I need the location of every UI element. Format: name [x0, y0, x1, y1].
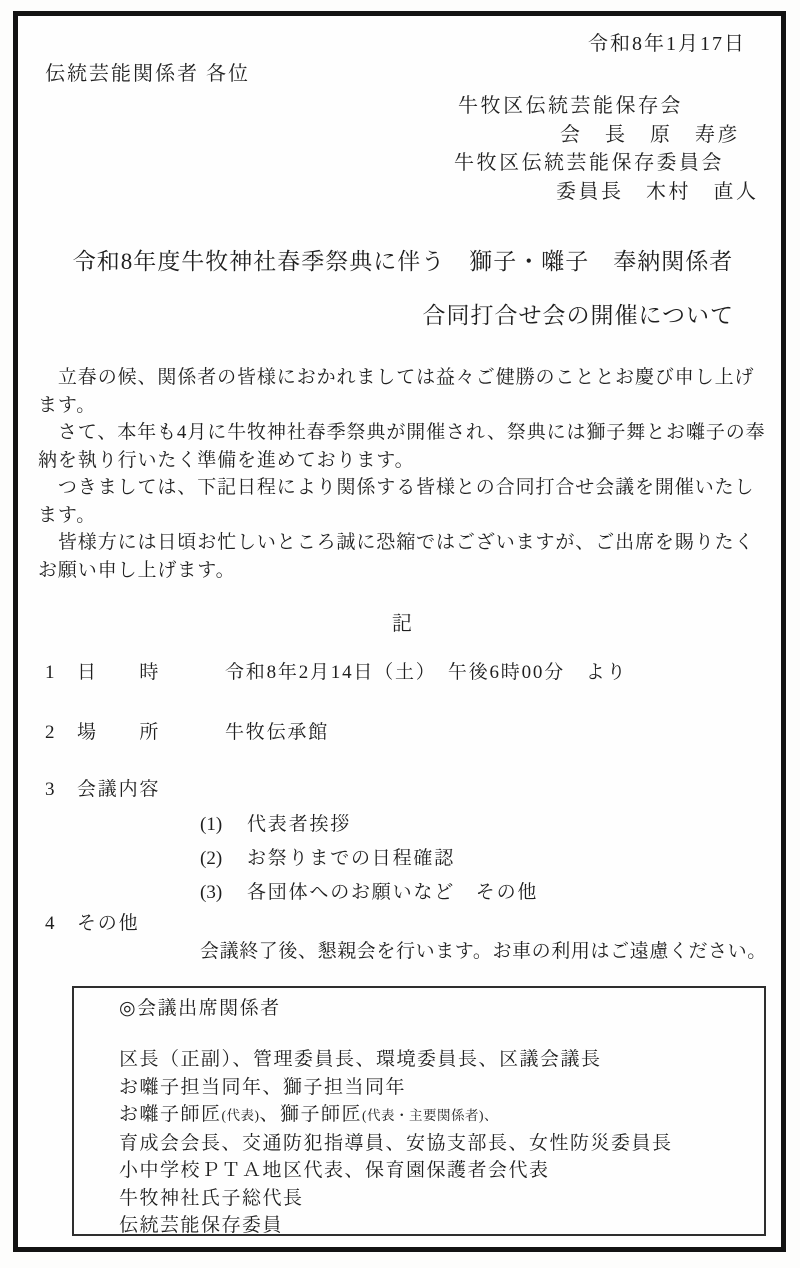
record-marker: 記 [38, 610, 768, 638]
agenda-subitem-1-number: (1) [200, 808, 247, 842]
attendees-line-community: 育成会会長、交通防犯指導員、安協支部長、女性防災委員長 [119, 1130, 754, 1158]
detail-agenda-label: 会議内容 [77, 779, 160, 800]
attendees-line-pta: 小中学校ＰＴＡ地区代表、保育園保護者会代表 [119, 1157, 754, 1185]
detail-place-number: 2 [45, 719, 77, 747]
agenda-subitem-2-text: お祭りまでの日程確認 [247, 848, 455, 869]
attendees-masters-seg1: お囃子師匠 [119, 1104, 222, 1125]
sender-org-2: 牛牧区伝統芸能保存委員会 [454, 149, 768, 178]
agenda-subitem-3: (3)各団体へのお願いなど その他 [200, 876, 768, 910]
detail-datetime: 1日 時令和8年2月14日（土） 午後6時00分 より [45, 659, 768, 687]
agenda-subitem-3-text: 各団体へのお願いなど その他 [247, 882, 538, 903]
detail-other-note: 会議終了後、懇親会を行います。お車の利用はご遠慮ください。 [200, 938, 768, 966]
detail-datetime-value: 令和8年2月14日（土） 午後6時00分 より [225, 662, 627, 683]
document-title-line2: 合同打合せ会の開催について [38, 300, 768, 332]
document-title-line1: 令和8年度牛牧神社春季祭典に伴う 獅子・囃子 奉納関係者 [38, 246, 768, 278]
document-content: 令和8年1月17日 伝統芸能関係者 各位 牛牧区伝統芸能保存会 会 長 原 寿彦… [38, 11, 768, 1236]
attendees-masters-seg2: (代表) [222, 1108, 260, 1123]
detail-other-number: 4 [45, 910, 77, 938]
attendees-masters-seg4: (代表・主要関係者)、 [362, 1108, 498, 1123]
detail-place: 2場 所牛牧伝承館 [45, 719, 768, 747]
attendees-line-shrine: 牛牧神社氏子総代長 [119, 1185, 754, 1213]
sender-person-2: 委員長 木村 直人 [556, 178, 768, 207]
attendees-masters-seg3: 、獅子師匠 [260, 1104, 363, 1125]
detail-datetime-label: 日 時 [77, 659, 225, 687]
attendees-line-preservation: 伝統芸能保存委員 [119, 1212, 754, 1240]
agenda-subitem-1: (1)代表者挨拶 [200, 808, 768, 842]
sender-block: 牛牧区伝統芸能保存会 会 長 原 寿彦 牛牧区伝統芸能保存委員会 委員長 木村 … [38, 92, 768, 206]
attendees-line-masters: お囃子師匠(代表)、獅子師匠(代表・主要関係者)、 [119, 1101, 754, 1130]
detail-datetime-number: 1 [45, 659, 77, 687]
attendees-line-donen: お囃子担当同年、獅子担当同年 [119, 1074, 754, 1102]
body-paragraphs: 立春の候、関係者の皆様におかれましては益々ご健勝のこととお慶び申し上げます。 さ… [38, 364, 768, 584]
agenda-subitem-1-text: 代表者挨拶 [247, 814, 351, 835]
detail-place-label: 場 所 [77, 719, 225, 747]
detail-agenda: 3会議内容 [45, 776, 768, 804]
details-section: 1日 時令和8年2月14日（土） 午後6時00分 より 2場 所牛牧伝承館 3会… [38, 659, 768, 966]
paragraph-meeting: つきましては、下記日程により関係する皆様との合同打合せ会議を開催いたします。 [38, 474, 768, 529]
detail-place-value: 牛牧伝承館 [225, 722, 329, 743]
attendees-box-heading: ◎会議出席関係者 [119, 994, 754, 1024]
detail-other-label: その他 [77, 913, 139, 934]
agenda-subitem-3-number: (3) [200, 876, 247, 910]
agenda-subitem-2: (2)お祭りまでの日程確認 [200, 842, 768, 876]
sender-person-1: 会 長 原 寿彦 [560, 121, 768, 150]
recipient-line: 伝統芸能関係者 各位 [45, 61, 768, 87]
paragraph-festival: さて、本年も4月に牛牧神社春季祭典が開催され、祭典には獅子舞とお囃子の奉納を執り… [38, 419, 768, 474]
detail-other: 4その他 [45, 910, 768, 938]
detail-agenda-number: 3 [45, 776, 77, 804]
paragraph-request: 皆様方には日頃お忙しいところ誠に恐縮ではございますが、ご出席を賜りたくお願い申し… [38, 529, 768, 584]
agenda-subitem-2-number: (2) [200, 842, 247, 876]
attendees-line-officials: 区長（正副）、管理委員長、環境委員長、区議会議長 [119, 1046, 754, 1074]
document-date: 令和8年1月17日 [38, 31, 768, 57]
attendees-box: ◎会議出席関係者 区長（正副）、管理委員長、環境委員長、区議会議長 お囃子担当同… [72, 986, 766, 1236]
paragraph-greeting: 立春の候、関係者の皆様におかれましては益々ご健勝のこととお慶び申し上げます。 [38, 364, 768, 419]
sender-org-1: 牛牧区伝統芸能保存会 [458, 92, 768, 121]
